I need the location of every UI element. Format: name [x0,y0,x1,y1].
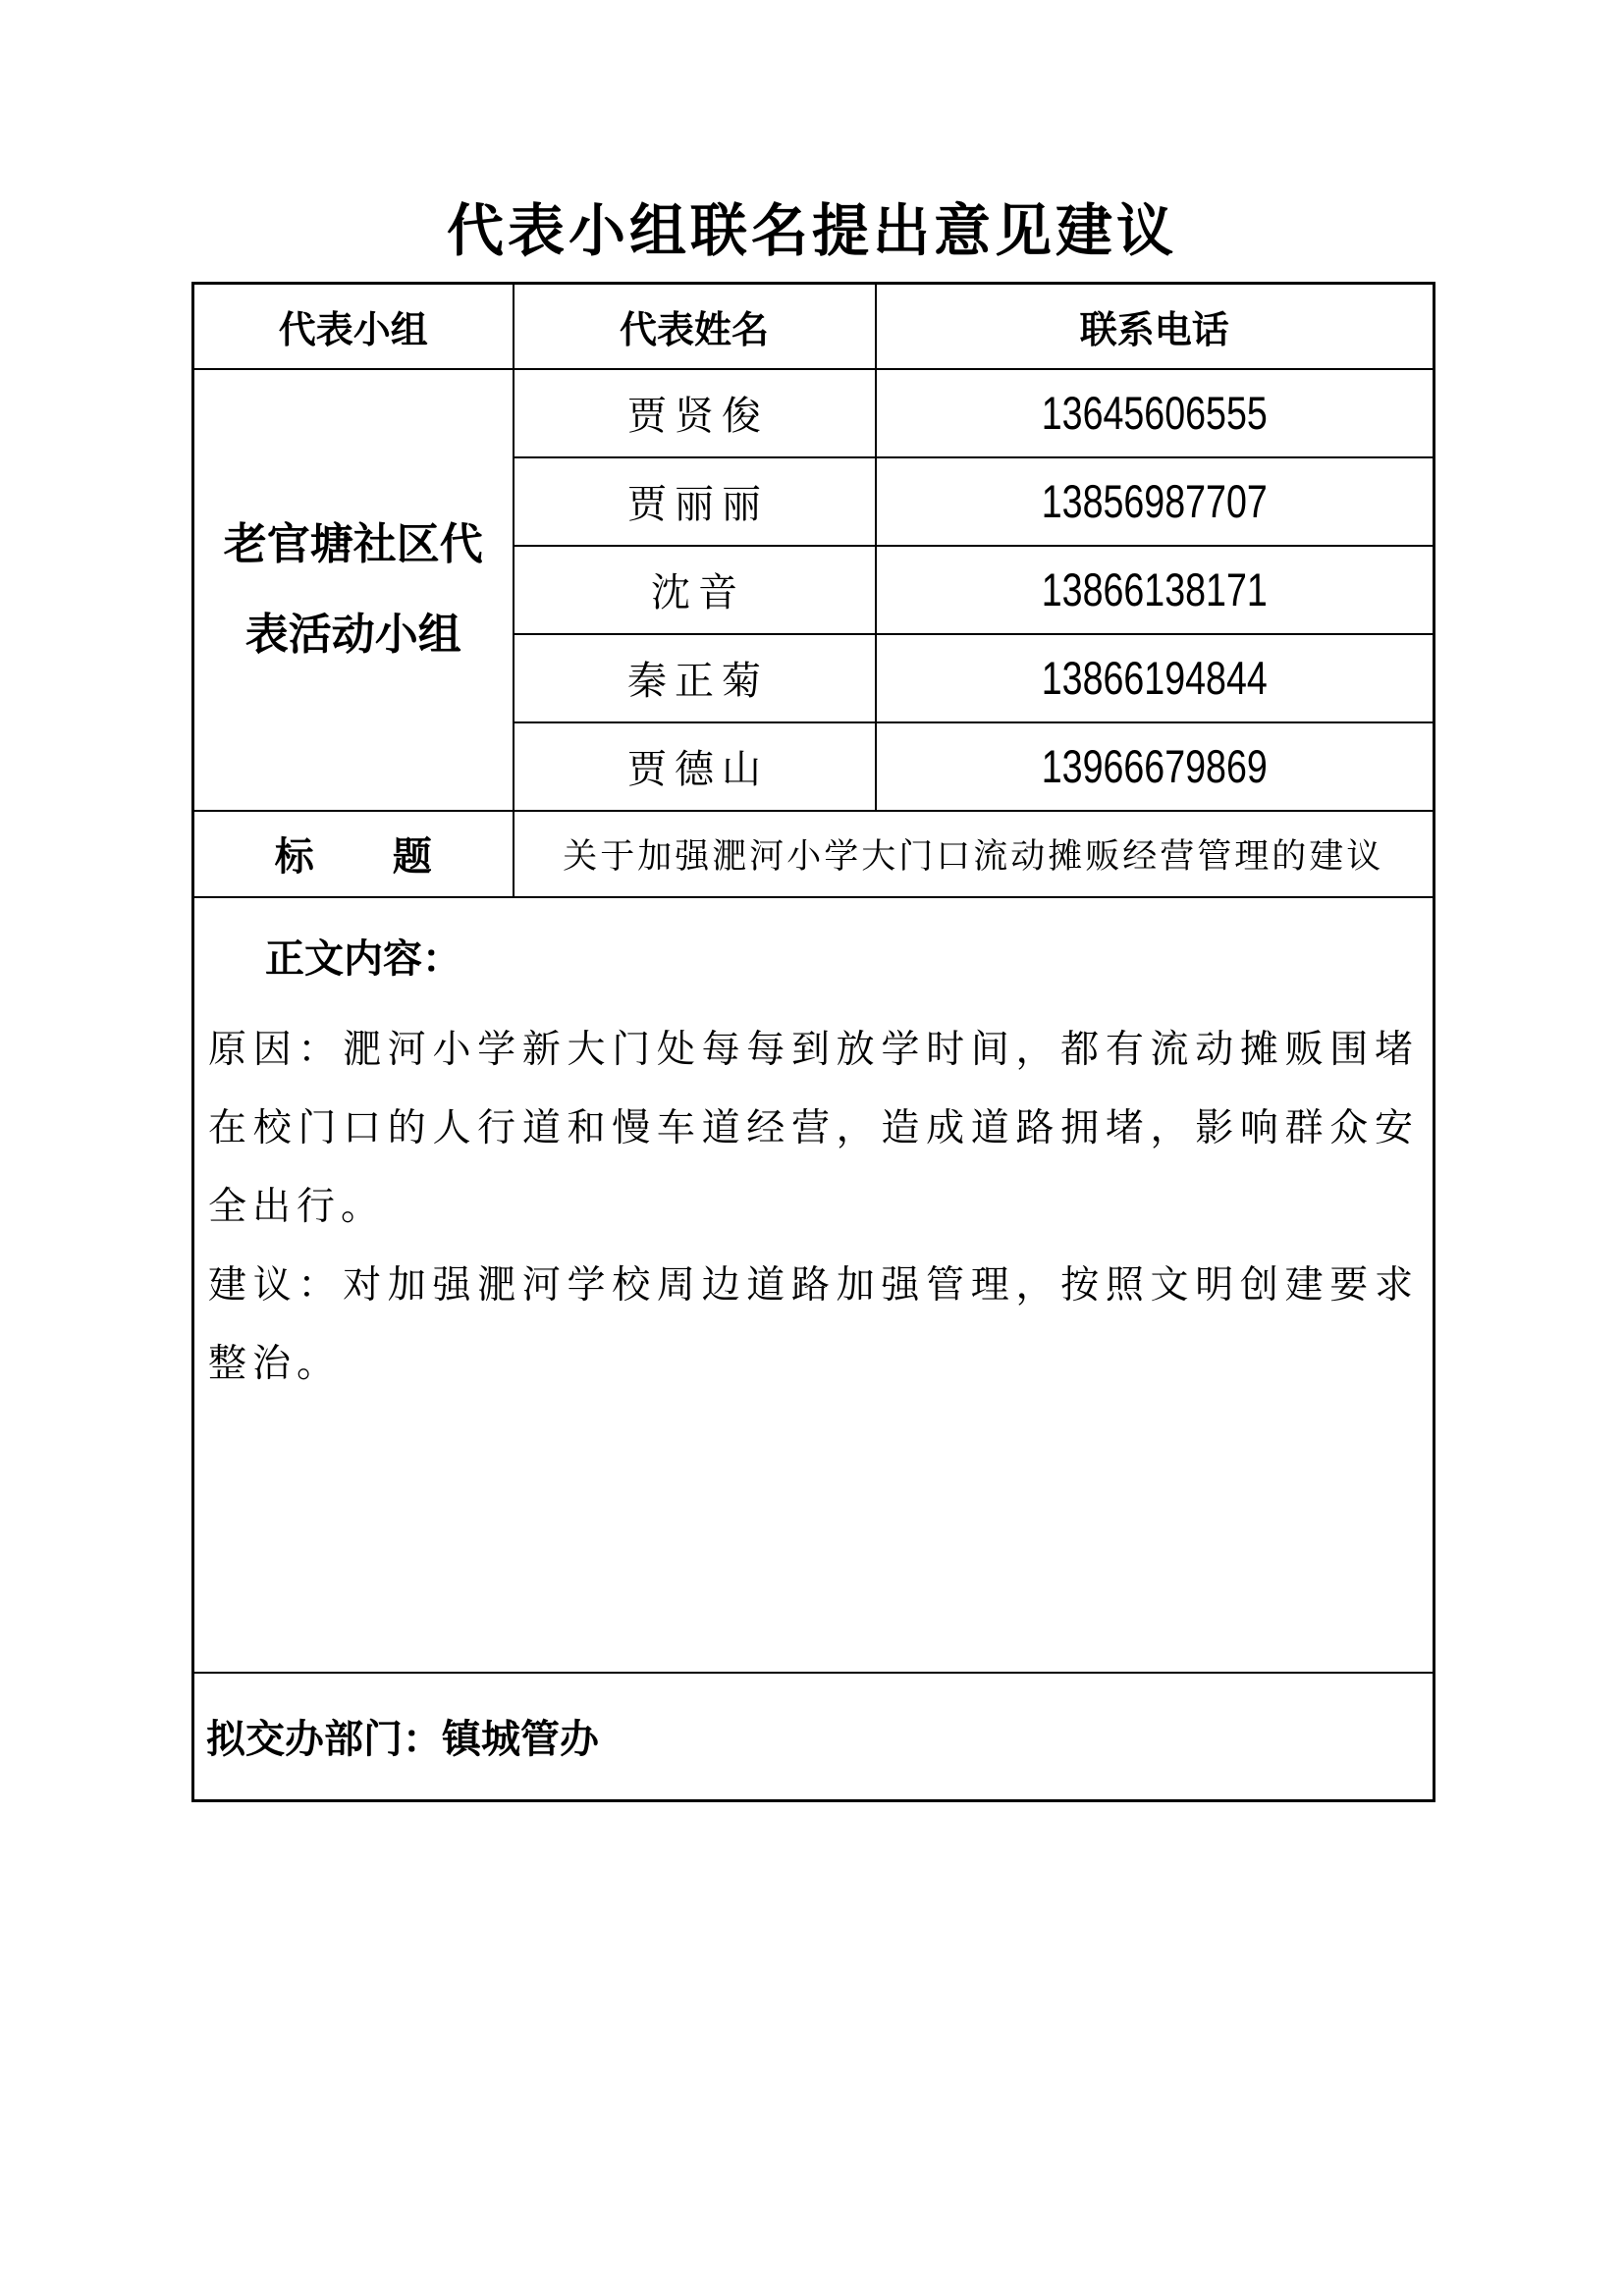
rep-phone: 13645606555 [1042,386,1268,440]
body-content-row: 正文内容： 原因：淝河小学新大门处每每到放学时间，都有流动摊贩围堵在校门口的人行… [193,897,1435,1673]
rep-phone: 13966679869 [1042,739,1268,793]
rep-phone: 13866138171 [1042,562,1268,616]
rep-name: 贾德山 [514,722,876,811]
document-page: 代表小组联名提出意见建议 代表小组 代表姓名 联系电话 老官塘社区代 表活动小组… [0,0,1624,2296]
suggestion-form-table: 代表小组 代表姓名 联系电话 老官塘社区代 表活动小组 贾贤俊 13645606… [191,282,1435,1802]
group-name-line2: 表活动小组 [194,590,513,680]
table-row: 老官塘社区代 表活动小组 贾贤俊 13645606555 [193,369,1435,457]
document-title: 代表小组联名提出意见建议 [0,185,1624,267]
body-content-cell: 正文内容： 原因：淝河小学新大门处每每到放学时间，都有流动摊贩围堵在校门口的人行… [193,897,1435,1673]
rep-phone-cell: 13866138171 [876,546,1435,634]
rep-phone-cell: 13966679869 [876,722,1435,811]
header-cell-name: 代表姓名 [514,284,876,369]
header-cell-group: 代表小组 [193,284,514,369]
table-header-row: 代表小组 代表姓名 联系电话 [193,284,1435,369]
assigned-department-row: 拟交办部门：镇城管办 [193,1673,1435,1801]
rep-name: 秦正菊 [514,634,876,722]
subject-value-cell: 关于加强淝河小学大门口流动摊贩经营管理的建议 [514,811,1435,897]
assigned-department-cell: 拟交办部门：镇城管办 [193,1673,1435,1801]
rep-phone: 13866194844 [1042,651,1268,705]
header-cell-phone: 联系电话 [876,284,1435,369]
content-paragraph-suggestion: 建议：对加强淝河学校周边道路加强管理，按照文明创建要求整治。 [208,1247,1419,1404]
content-paragraph-reason: 原因：淝河小学新大门处每每到放学时间，都有流动摊贩围堵在校门口的人行道和慢车道经… [208,1011,1419,1247]
rep-phone: 13856987707 [1042,474,1268,528]
rep-name: 贾贤俊 [514,369,876,457]
rep-phone-cell: 13856987707 [876,457,1435,546]
group-name-line1: 老官塘社区代 [194,500,513,590]
subject-label-cell: 标 题 [193,811,514,897]
rep-name: 贾丽丽 [514,457,876,546]
content-heading: 正文内容： [208,928,1419,984]
rep-phone-cell: 13866194844 [876,634,1435,722]
group-name-cell: 老官塘社区代 表活动小组 [193,369,514,811]
subject-row: 标 题 关于加强淝河小学大门口流动摊贩经营管理的建议 [193,811,1435,897]
rep-name: 沈音 [514,546,876,634]
rep-phone-cell: 13645606555 [876,369,1435,457]
